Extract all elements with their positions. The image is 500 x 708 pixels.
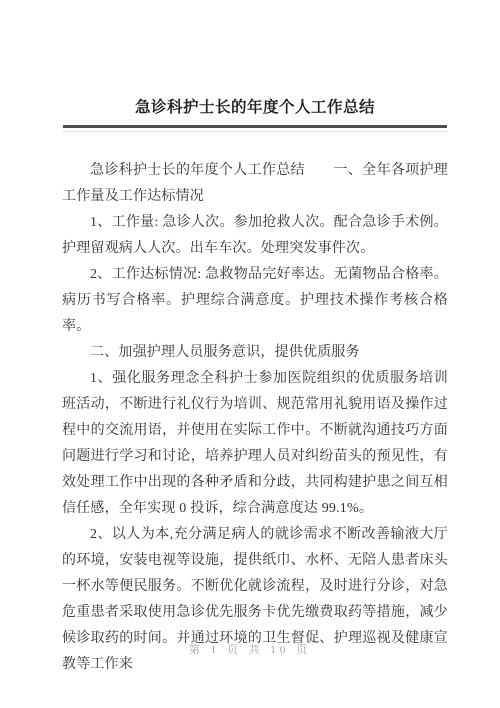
title-divider-dotted (63, 131, 447, 132)
title-divider-thick (63, 125, 447, 128)
document-body: 急诊科护士长的年度个人工作总结 一、全年各项护理工作量及工作达标情况 1、工作量… (62, 158, 448, 678)
title-block: 急诊科护士长的年度个人工作总结 (63, 0, 447, 132)
document-page: 急诊科护士长的年度个人工作总结 急诊科护士长的年度个人工作总结 一、全年各项护理… (0, 0, 500, 708)
paragraph: 1、强化服务理念全科护士参加医院组织的优质服务培训班活动，不断进行礼仪行为培训、… (62, 366, 448, 522)
page-footer: 第 1 页 共 10 页 (0, 641, 500, 657)
page-number-text: 第 1 页 共 10 页 (189, 644, 311, 656)
paragraph: 二、加强护理人员服务意识，提供优质服务 (62, 340, 448, 366)
document-title: 急诊科护士长的年度个人工作总结 (63, 98, 447, 118)
paragraph: 急诊科护士长的年度个人工作总结 一、全年各项护理工作量及工作达标情况 (62, 158, 448, 210)
paragraph: 1、工作量: 急诊人次。参加抢救人次。配合急诊手术例。护理留观病人人次。出车车次… (62, 210, 448, 262)
paragraph: 2、工作达标情况: 急救物品完好率达。无菌物品合格率。病历书写合格率。护理综合满… (62, 262, 448, 340)
